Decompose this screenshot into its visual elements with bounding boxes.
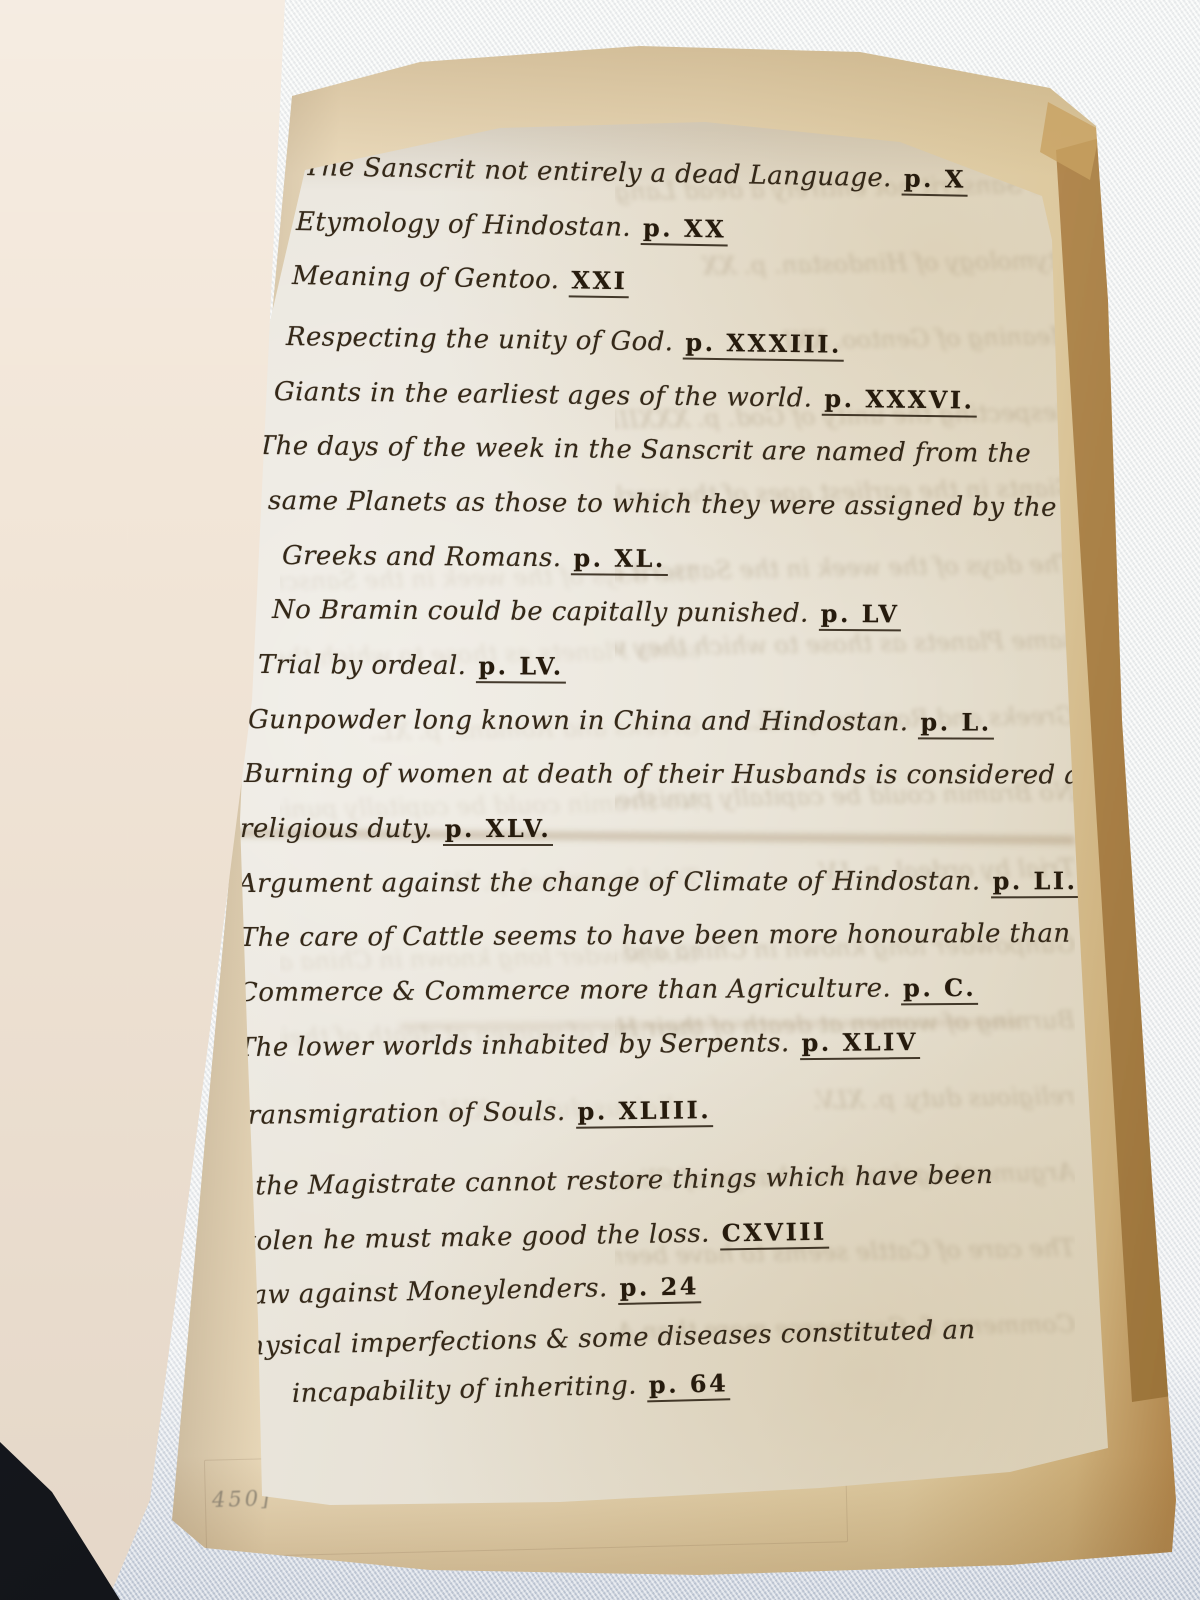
toc-line: Argument against the change of Climate o… — [238, 866, 1090, 900]
toc-line: The care of Cattle seems to have been mo… — [240, 919, 1090, 954]
entry-text: same Planets as those to which they were… — [268, 486, 1057, 523]
page-ref: p. XLV. — [443, 814, 553, 846]
entry-text: Etymology of Hindostan. — [296, 207, 632, 243]
page-ref: p. XXXIII. — [683, 328, 844, 362]
entry-text: Gunpowder long known in China and Hindos… — [248, 705, 909, 737]
toc-line: Etymology of Hindostan.p. XX — [296, 207, 1090, 252]
entry-text: incapability of inheriting. — [292, 1370, 638, 1408]
toc-line: religious duty.p. XLV. — [240, 814, 1090, 845]
entry-text: religious duty. — [240, 814, 433, 844]
page-ref: p. LV. — [476, 651, 565, 683]
entry-text: The days of the week in the Sanscrit are… — [258, 431, 1031, 469]
toc-line: Meaning of Gentoo.XXI — [292, 261, 1090, 304]
page-ref: p. X — [902, 163, 969, 196]
page-ref: p. LV — [819, 599, 902, 632]
entry-text: Argument against the change of Climate o… — [238, 866, 981, 899]
page-ref: CXVIII — [719, 1216, 829, 1250]
toc-line: The days of the week in the Sanscrit are… — [258, 431, 1090, 470]
page-ref: p. 24 — [617, 1272, 701, 1306]
toc-line: Transmigration of Souls.p. XLIII. — [230, 1091, 1090, 1132]
toc-line: Burning of women at death of their Husba… — [244, 759, 1090, 791]
toc-line: Commerce & Commerce more than Agricultur… — [238, 972, 1090, 1009]
entry-text: No Bramin could be capitally punished. — [272, 595, 809, 629]
entry-text: Law against Moneylenders. — [234, 1274, 608, 1312]
page-ref: p. XLIV — [799, 1027, 920, 1060]
toc-line: Greeks and Romans.p. XL. — [282, 541, 1090, 578]
toc-line: Respecting the unity of God.p. XXXIII. — [286, 322, 1090, 364]
manuscript-photo: 450] The Sanscrit not entirely a dead La… — [0, 0, 1200, 1600]
entry-text: The Sanscrit not entirely a dead Languag… — [304, 152, 892, 193]
entry-text: The care of Cattle seems to have been mo… — [240, 919, 1071, 953]
toc-line: If the Magistrate cannot restore things … — [226, 1159, 1090, 1203]
toc-line: same Planets as those to which they were… — [268, 486, 1090, 524]
entry-text: Transmigration of Souls. — [230, 1097, 566, 1131]
toc-text-block: The Sanscrit not entirely a dead Languag… — [240, 152, 1090, 1433]
toc-line: Physical imperfections & some diseases c… — [230, 1313, 1090, 1363]
toc-line: Trial by ordeal.p. LV. — [258, 650, 1090, 685]
toc-line: incapability of inheriting.p. 64 — [292, 1359, 1091, 1409]
entry-text: Physical imperfections & some diseases c… — [230, 1315, 976, 1362]
toc-line: Gunpowder long known in China and Hindos… — [248, 705, 1090, 739]
page-ref: p. XX — [641, 213, 729, 247]
entry-text: Meaning of Gentoo. — [292, 261, 560, 295]
entry-text: Greeks and Romans. — [282, 541, 562, 573]
page-ref: XXI — [569, 266, 629, 299]
entry-text: stolen he must make good the loss. — [232, 1218, 710, 1256]
entry-text: Commerce & Commerce more than Agricultur… — [238, 974, 891, 1009]
toc-line: Giants in the earliest ages of the world… — [274, 377, 1090, 418]
page-ref: p. XLIII. — [575, 1096, 713, 1130]
entry-text: If the Magistrate cannot restore things … — [226, 1160, 994, 1202]
page-ref: p. 64 — [646, 1368, 730, 1402]
page-ref: p. XXXVI. — [822, 383, 976, 417]
page-ref: p. XL. — [571, 543, 668, 576]
toc-line: The lower worlds inhabited by Serpents.p… — [238, 1025, 1090, 1063]
entry-text: The lower worlds inhabited by Serpents. — [238, 1028, 790, 1063]
entry-text: Trial by ordeal. — [258, 650, 467, 681]
entry-text: Burning of women at death of their Husba… — [244, 759, 1080, 790]
entry-text: Giants in the earliest ages of the world… — [274, 377, 813, 414]
page-ref: p. C. — [901, 973, 978, 1006]
page-ref: p. LI. — [990, 866, 1079, 898]
toc-line: No Bramin could be capitally punished.p.… — [272, 595, 1090, 631]
page-ref: p. L. — [918, 707, 993, 739]
toc-line: Law against Moneylenders.p. 24 — [234, 1264, 1090, 1313]
toc-line: stolen he must make good the loss.CXVIII — [232, 1212, 1090, 1258]
entry-text: Respecting the unity of God. — [286, 322, 674, 357]
